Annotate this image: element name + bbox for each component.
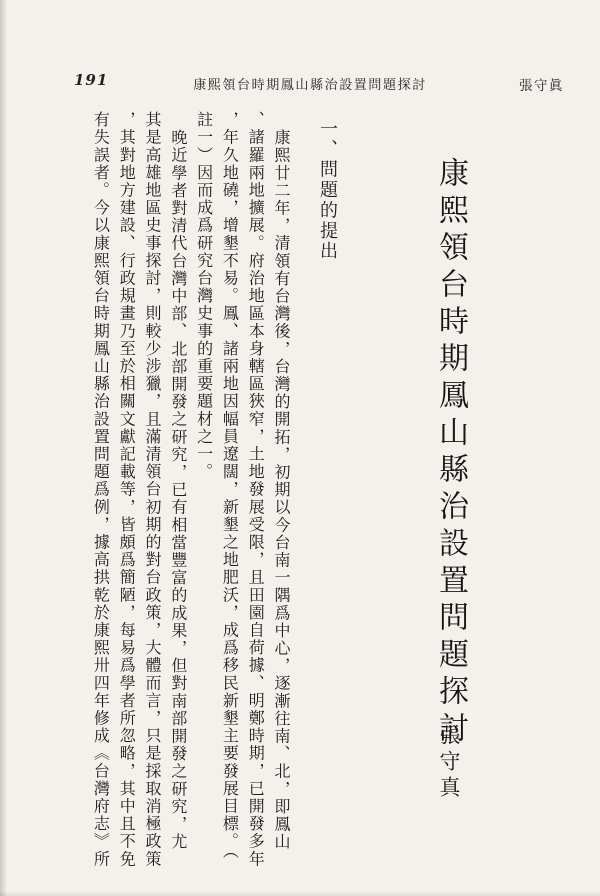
article-title: 康熙領台時期鳳山縣治設置問題探討 (428, 157, 472, 749)
body-column: 其是高雄地區史事探討，則較少涉獵，且滿清領台初期的對台政策，大體而言，只是採取消… (138, 111, 164, 869)
section-heading: 一、問題的提出 (315, 119, 341, 262)
scanned-page: { "page": { "number": "191", "running_ti… (0, 0, 600, 896)
body-column: ，年久地磽，增墾不易。鳳、諸兩地因幅員遼闊，新墾之地肥沃，成爲移民新墾主要發展目… (216, 111, 242, 869)
page-number: 191 (74, 71, 108, 89)
body-column: 、諸羅兩地擴展。府治地區本身轄區狹窄，土地發展受限，且田園自荷據、明鄭時期，已開… (241, 111, 267, 869)
body-column: 有失誤者。今以康熙領台時期鳳山縣治設置問題爲例，據高拱乾於康熙卅四年修成《台灣府… (87, 111, 113, 869)
running-head-author: 張守眞 (519, 74, 564, 94)
body-column: ，其對地方建設、行政規畫乃至於相關文獻記載等，皆頗爲簡陋，每易爲學者所忽略，其中… (112, 111, 138, 869)
scan-edge-shadow-left (0, 0, 7, 896)
running-head-title: 康熙領台時期鳳山縣治設置問題探討 (192, 74, 428, 93)
body-text-block: 康熙廿二年，清領有台灣後，台灣的開拓，初期以今台南一隅爲中心，逐漸往南、北，即鳳… (87, 111, 293, 869)
body-column: 康熙廿二年，清領有台灣後，台灣的開拓，初期以今台南一隅爲中心，逐漸往南、北，即鳳… (267, 111, 293, 869)
body-column: 註一）因而成爲研究台灣史事的重要題材之一。 (190, 111, 216, 869)
article-author-byline: 張守真 (434, 724, 464, 802)
scan-edge-shadow-bottom (0, 891, 600, 896)
body-column: 晚近學者對清代台灣中部、北部開發之研究，已有相當豐富的成果，但對南部開發之研究，… (164, 111, 190, 869)
